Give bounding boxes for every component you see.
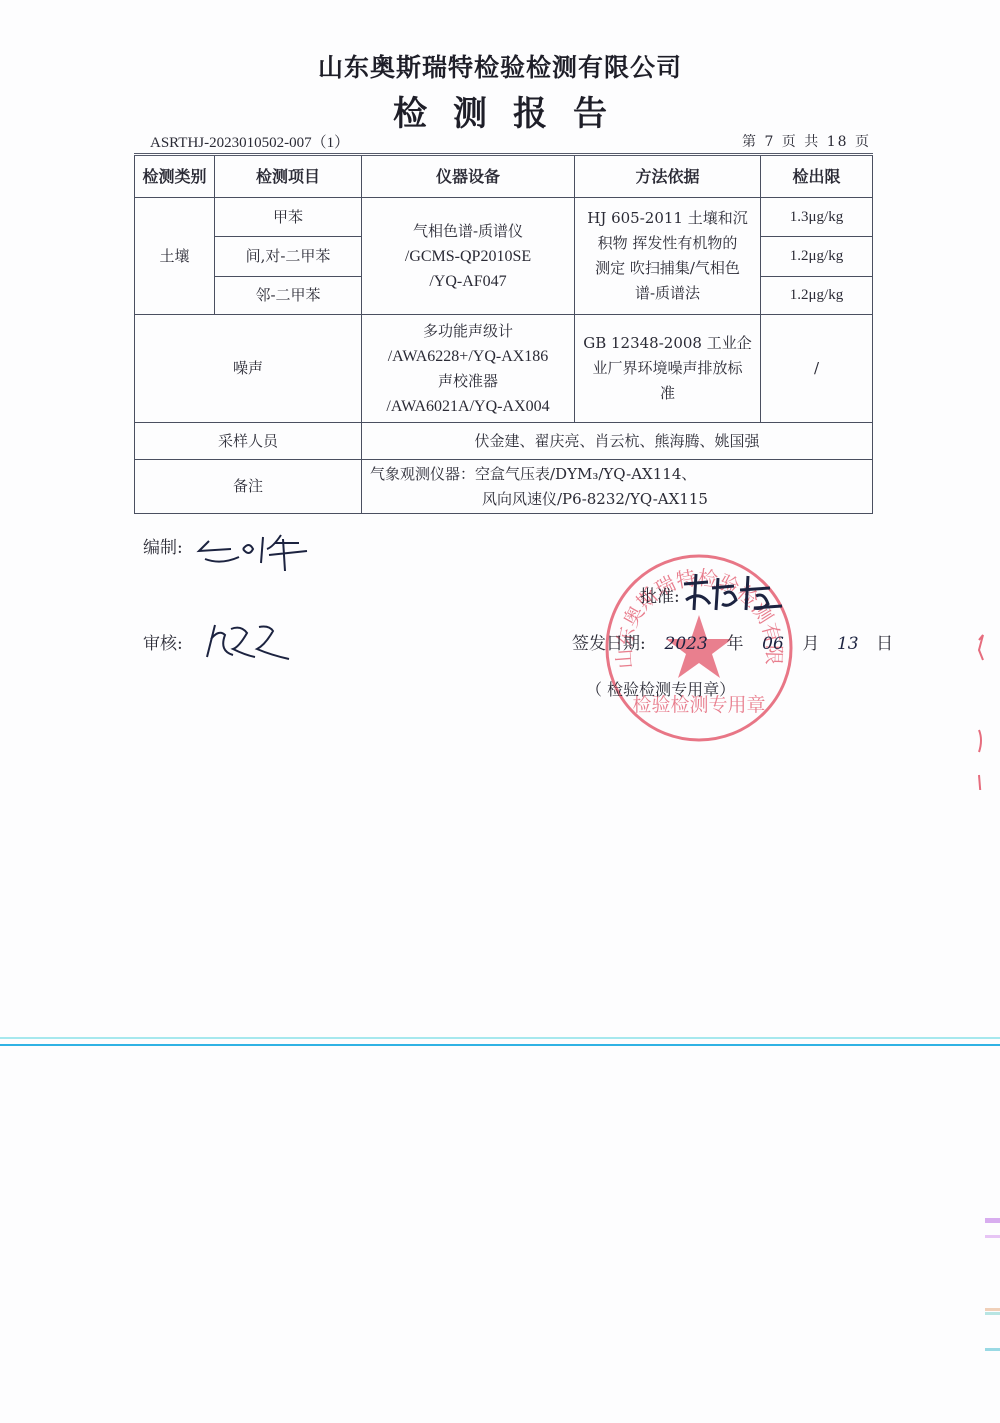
method-line: 业厂界环境噪声排放标 — [575, 356, 760, 381]
col-header-method: 方法依据 — [575, 155, 761, 198]
compiled-signature-icon — [191, 521, 341, 571]
soil-limit: 1.2μg/kg — [761, 277, 873, 315]
reviewed-signature-icon — [201, 617, 341, 667]
year-unit: 年 — [727, 634, 744, 654]
approved-by: 批准: — [640, 582, 680, 607]
soil-limit: 1.3μg/kg — [761, 198, 873, 237]
soil-method: HJ 605-2011 土壤和沉 积物 挥发性有机物的 测定 吹扫捕集/气相色 … — [575, 198, 761, 315]
method-line: 准 — [575, 381, 760, 406]
issue-day: 13 — [825, 634, 871, 654]
instrument-line: /AWA6228+/YQ-AX186 — [362, 344, 574, 369]
noise-instrument: 多功能声级计 /AWA6228+/YQ-AX186 声校准器 /AWA6021A… — [362, 315, 575, 423]
issue-date-label: 签发日期: — [572, 634, 646, 654]
instrument-line: 气相色谱-质谱仪 — [362, 219, 574, 244]
company-name: 山东奥斯瑞特检验检测有限公司 — [0, 48, 1000, 84]
method-line: 谱-质谱法 — [575, 281, 760, 306]
noise-limit: / — [761, 315, 873, 423]
approved-signature-icon — [678, 570, 798, 616]
noise-category: 噪声 — [135, 315, 362, 423]
col-header-item: 检测项目 — [215, 155, 362, 198]
soil-limit: 1.2μg/kg — [761, 237, 873, 277]
instrument-line: 多功能声级计 — [362, 319, 574, 344]
instrument-line: /AWA6021A/YQ-AX004 — [362, 394, 574, 419]
samplers-value: 伏金建、翟庆亮、肖云杭、熊海腾、姚国强 — [362, 423, 873, 460]
col-header-category: 检测类别 — [135, 155, 215, 198]
table-row: 备注 气象观测仪器：空盒气压表/DYM₃/YQ-AX114、 风向风速仪/P6-… — [135, 460, 873, 514]
remark-line: 气象观测仪器：空盒气压表/DYM₃/YQ-AX114、 — [370, 462, 872, 487]
table-row: 噪声 多功能声级计 /AWA6228+/YQ-AX186 声校准器 /AWA60… — [135, 315, 873, 423]
soil-item: 邻-二甲苯 — [215, 277, 362, 315]
report-table: 检测类别 检测项目 仪器设备 方法依据 检出限 土壤 甲苯 气相色谱-质谱仪 /… — [134, 153, 873, 514]
noise-method: GB 12348-2008 工业企 业厂界环境噪声排放标 准 — [575, 315, 761, 423]
page-indicator: 第 7 页 共 18 页 — [742, 131, 871, 151]
compiled-by: 编制: — [143, 533, 183, 558]
soil-item: 间,对-二甲苯 — [215, 237, 362, 277]
edge-stamp-fragment-icon — [975, 590, 987, 790]
soil-category: 土壤 — [135, 198, 215, 315]
approved-label: 批准: — [640, 587, 680, 607]
col-header-instrument: 仪器设备 — [362, 155, 575, 198]
scan-edge-artifact-icon — [985, 1190, 1000, 1390]
soil-item: 甲苯 — [215, 198, 362, 237]
col-header-limit: 检出限 — [761, 155, 873, 198]
issue-year: 2023 — [651, 634, 721, 654]
remarks-label: 备注 — [135, 460, 362, 514]
report-number: ASRTHJ-2023010502-007（1） — [150, 131, 349, 152]
issue-date: 签发日期: 2023 年 06 月 13 日 — [572, 629, 893, 654]
report-title: 检测报告 — [0, 86, 1000, 135]
soil-instrument: 气相色谱-质谱仪 /GCMS-QP2010SE /YQ-AF047 — [362, 198, 575, 315]
samplers-label: 采样人员 — [135, 423, 362, 460]
scan-line-dark — [0, 1044, 1000, 1046]
table-row: 采样人员 伏金建、翟庆亮、肖云杭、熊海腾、姚国强 — [135, 423, 873, 460]
scan-line-light — [0, 1037, 1000, 1039]
table-row: 土壤 甲苯 气相色谱-质谱仪 /GCMS-QP2010SE /YQ-AF047 … — [135, 198, 873, 237]
method-line: 积物 挥发性有机物的 — [575, 231, 760, 256]
compiled-label: 编制: — [143, 538, 183, 558]
instrument-line: /GCMS-QP2010SE — [362, 244, 574, 269]
method-line: HJ 605-2011 土壤和沉 — [575, 206, 760, 231]
remarks-value: 气象观测仪器：空盒气压表/DYM₃/YQ-AX114、 风向风速仪/P6-823… — [362, 460, 873, 514]
instrument-line: 声校准器 — [362, 369, 574, 394]
remark-line: 风向风速仪/P6-8232/YQ-AX115 — [370, 487, 872, 512]
scan-divider — [0, 1034, 1000, 1048]
day-unit: 日 — [876, 634, 893, 654]
method-line: 测定 吹扫捕集/气相色 — [575, 256, 760, 281]
reviewed-label: 审核: — [143, 634, 183, 654]
instrument-line: /YQ-AF047 — [362, 269, 574, 294]
seal-caption: （ 检验检测专用章） — [586, 677, 735, 700]
method-line: GB 12348-2008 工业企 — [575, 331, 760, 356]
table-header-row: 检测类别 检测项目 仪器设备 方法依据 检出限 — [135, 155, 873, 198]
reviewed-by: 审核: — [143, 629, 183, 654]
issue-month: 06 — [749, 634, 797, 654]
month-unit: 月 — [802, 634, 819, 654]
